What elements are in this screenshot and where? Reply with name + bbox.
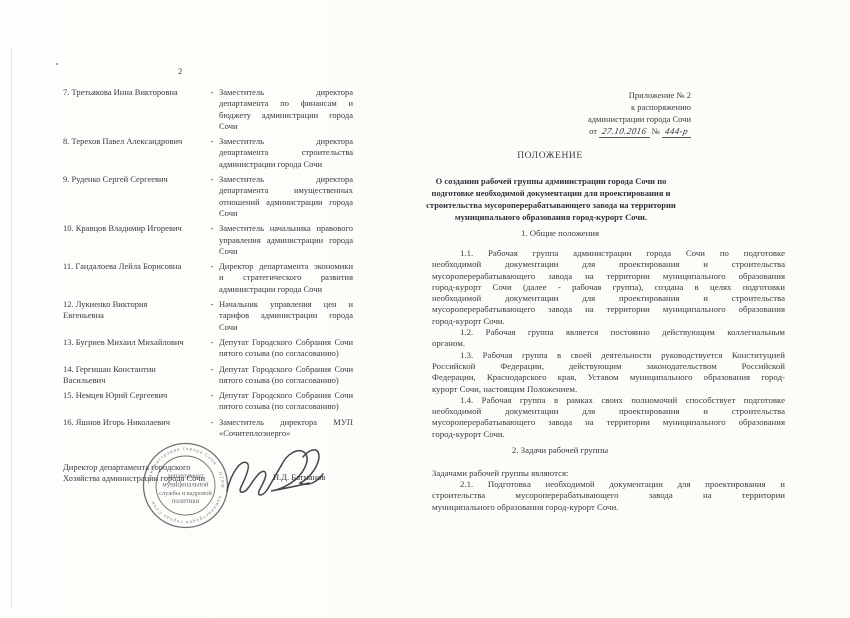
subject-line: строительства мусороперерабатывающего за… xyxy=(418,199,684,211)
member-position-line: Депутат Городского Собрания Сочи xyxy=(219,364,353,375)
member-position-line: Депутат Городского Собрания Сочи xyxy=(219,337,353,348)
date-prefix-label: от xyxy=(589,126,597,136)
member-position-line: Сочи xyxy=(219,208,353,219)
handwritten-number: 444-р xyxy=(664,125,689,137)
section2-intro: Задачами рабочей группы являются: xyxy=(432,468,785,478)
section2-heading: 2. Задачи рабочей группы xyxy=(430,445,690,455)
subject-line: подготовке необходимой документации для … xyxy=(418,187,684,199)
subject-line: О создании рабочей группы администрации … xyxy=(418,175,684,187)
member-row: Евгеньевна тарифов администрации города xyxy=(63,310,353,321)
document-title: ПОЛОЖЕНИЕ xyxy=(430,151,670,161)
member-position-line: департамента по финансам и xyxy=(219,98,353,109)
dash-separator: - xyxy=(205,364,219,375)
body-line: мусороперерабатывающего завода на террит… xyxy=(432,304,785,315)
dash-separator: - xyxy=(205,174,219,185)
appendix-line3: администрации города Сочи xyxy=(545,113,691,125)
task-line: 2.1. Подготовка необходимой документации… xyxy=(432,479,785,490)
body-line: мусороперерабатывающего завода на террит… xyxy=(432,417,785,428)
dash-separator: - xyxy=(205,261,219,272)
member-name: 9. Руденко Сергей Сергеевич xyxy=(63,174,205,185)
member-row: департамента по финансам и xyxy=(63,98,353,109)
member-row: 13. Бугриев Михаил Михайлович - Депутат … xyxy=(63,337,353,348)
member-row: администрации города Сочи xyxy=(63,284,353,295)
section2-body: 2.1. Подготовка необходимой документации… xyxy=(432,479,785,513)
member-row: 12. Лукиенко Виктория - Начальник управл… xyxy=(63,299,353,310)
number-label: № xyxy=(652,126,660,136)
member-position-line: и стратегического развития xyxy=(219,272,353,283)
member-row: Сочи xyxy=(63,246,353,257)
scan-speck xyxy=(56,63,58,65)
member-row: бюджету администрации города xyxy=(63,110,353,121)
body-line: мусороперерабатывающего завода на террит… xyxy=(432,271,785,282)
stamp-inner-line3: службы и кадровой xyxy=(159,490,212,497)
member-position-line: Начальник управления цен и xyxy=(219,299,353,310)
member-row: Сочи xyxy=(63,121,353,132)
handwritten-date: 27.10.2016 xyxy=(601,125,648,137)
member-position-line: администрации города Сочи xyxy=(219,159,353,170)
body-line: органом. xyxy=(432,338,785,349)
body-line: Федерации, Краснодарского края, Уставом … xyxy=(432,372,785,383)
handwritten-date-underline: 27.10.2016 xyxy=(599,125,650,138)
members-list: 7. Третьякова Инна Викторовна - Заместит… xyxy=(63,87,353,439)
body-line: необходимой документации для проектирова… xyxy=(432,406,785,417)
dash-separator: - xyxy=(205,223,219,234)
document-scan: 2 7. Третьякова Инна Викторовна - Замест… xyxy=(0,0,850,618)
stamp-inner-line1: департамент xyxy=(167,473,203,480)
body-line: 1.1. Рабочая группа администрации города… xyxy=(432,248,785,259)
member-position-line: Заместитель начальника правового xyxy=(219,223,353,234)
dash-separator: - xyxy=(205,299,219,310)
member-name: 8. Терехов Павел Александрович xyxy=(63,136,205,147)
stamp-inner-line2: муниципальной xyxy=(162,482,208,489)
body-line: необходимой документации для проектирова… xyxy=(432,293,785,304)
body-line: 1.2. Рабочая группа является постоянно д… xyxy=(432,327,785,338)
member-row: отношений администрации города xyxy=(63,197,353,208)
member-row: Сочи xyxy=(63,208,353,219)
body-line: необходимой документации для проектирова… xyxy=(432,259,785,270)
member-row: 7. Третьякова Инна Викторовна - Заместит… xyxy=(63,87,353,98)
member-position-line: бюджету администрации города xyxy=(219,110,353,121)
member-name: Васильевич xyxy=(63,375,205,386)
body-line: город-курорт Сочи. xyxy=(432,316,785,327)
member-name: Евгеньевна xyxy=(63,310,205,321)
section1-body: 1.1. Рабочая группа администрации города… xyxy=(432,248,785,440)
dash-separator: - xyxy=(205,417,219,428)
member-row: пятого созыва (по согласованию) xyxy=(63,401,353,412)
member-row: 15. Немцев Юрий Сергеевич - Депутат Горо… xyxy=(63,390,353,401)
member-row: департамента имущественных xyxy=(63,185,353,196)
member-position-line: Сочи xyxy=(219,246,353,257)
body-line: Российской Федерации, действующим законо… xyxy=(432,361,785,372)
appendix-line1: Приложение № 2 xyxy=(545,89,691,101)
body-line: 1.4. Рабочая группа в рамках своих полно… xyxy=(432,395,785,406)
member-row: 14. Гергишан Константин - Депутат Городс… xyxy=(63,364,353,375)
appendix-date-line: от 27.10.2016 № 444-р xyxy=(545,125,691,138)
member-row: управления администрации города xyxy=(63,235,353,246)
member-position-line: пятого созыва (по согласованию) xyxy=(219,401,353,412)
member-name: 14. Гергишан Константин xyxy=(63,364,205,375)
member-position-line: департамента строительства xyxy=(219,147,353,158)
member-position-line: Заместитель директора xyxy=(219,87,353,98)
member-position-line: Заместитель директора МУП xyxy=(219,417,353,428)
appendix-header: Приложение № 2 к распоряжению администра… xyxy=(545,89,691,138)
member-name: 7. Третьякова Инна Викторовна xyxy=(63,87,205,98)
dash-separator: - xyxy=(205,390,219,401)
handwritten-number-underline: 444-р xyxy=(662,125,691,138)
scan-edge-line xyxy=(11,48,12,608)
member-position-line: департамента имущественных xyxy=(219,185,353,196)
member-row: пятого созыва (по согласованию) xyxy=(63,348,353,359)
member-name: 16. Яшнов Игорь Николаевич xyxy=(63,417,205,428)
member-position-line: Директор департамента экономики xyxy=(219,261,353,272)
page-number: 2 xyxy=(178,66,182,76)
body-line: город-курорт Сочи (далее - рабочая групп… xyxy=(432,282,785,293)
member-name: 13. Бугриев Михаил Михайлович xyxy=(63,337,205,348)
body-line: 1.3. Рабочая группа в своей деятельности… xyxy=(432,350,785,361)
member-row: Сочи xyxy=(63,322,353,333)
member-position-line: Заместитель директора xyxy=(219,136,353,147)
document-subject: О создании рабочей группы администрации … xyxy=(418,175,684,223)
member-position-line: тарифов администрации города xyxy=(219,310,353,321)
dash-separator: - xyxy=(205,337,219,348)
subject-line: муниципального образования город-курорт … xyxy=(418,211,684,223)
member-row: 8. Терехов Павел Александрович - Замести… xyxy=(63,136,353,147)
member-row: 9. Руденко Сергей Сергеевич - Заместител… xyxy=(63,174,353,185)
member-position-line: отношений администрации города xyxy=(219,197,353,208)
member-row: Васильевич пятого созыва (по согласовани… xyxy=(63,375,353,386)
dash-separator: - xyxy=(205,87,219,98)
member-row: администрации города Сочи xyxy=(63,159,353,170)
member-row: департамента строительства xyxy=(63,147,353,158)
member-name: 12. Лукиенко Виктория xyxy=(63,299,205,310)
appendix-line2: к распоряжению xyxy=(545,101,691,113)
member-position-line: пятого созыва (по согласованию) xyxy=(219,348,353,359)
member-row: и стратегического развития xyxy=(63,272,353,283)
member-position-line: Депутат Городского Собрания Сочи xyxy=(219,390,353,401)
body-line: курорт Сочи, настоящим Положением. xyxy=(432,384,785,395)
member-name: 15. Немцев Юрий Сергеевич xyxy=(63,390,205,401)
member-name: 10. Кравцов Владимир Игоревич xyxy=(63,223,205,234)
body-line: город-курорт Сочи. xyxy=(432,429,785,440)
signature-scribble xyxy=(215,437,355,505)
member-name: 11. Гандалоева Лейла Борисовна xyxy=(63,261,205,272)
section1-heading: 1. Общие положения xyxy=(430,228,690,238)
member-row: 11. Гандалоева Лейла Борисовна - Директо… xyxy=(63,261,353,272)
member-position-line: Сочи xyxy=(219,322,353,333)
member-position-line: администрации города Сочи xyxy=(219,284,353,295)
member-position-line: Сочи xyxy=(219,121,353,132)
member-position-line: пятого созыва (по согласованию) xyxy=(219,375,353,386)
task-line: муниципального образования город-курорт … xyxy=(432,502,785,513)
stamp-inner-line4: политики xyxy=(172,498,200,505)
member-row: 10. Кравцов Владимир Игоревич - Заместит… xyxy=(63,223,353,234)
member-position-line: управления администрации города xyxy=(219,235,353,246)
dash-separator: - xyxy=(205,136,219,147)
task-line: строительства мусороперерабатывающего за… xyxy=(432,490,785,501)
member-position-line: Заместитель директора xyxy=(219,174,353,185)
member-row: 16. Яшнов Игорь Николаевич - Заместитель… xyxy=(63,417,353,428)
